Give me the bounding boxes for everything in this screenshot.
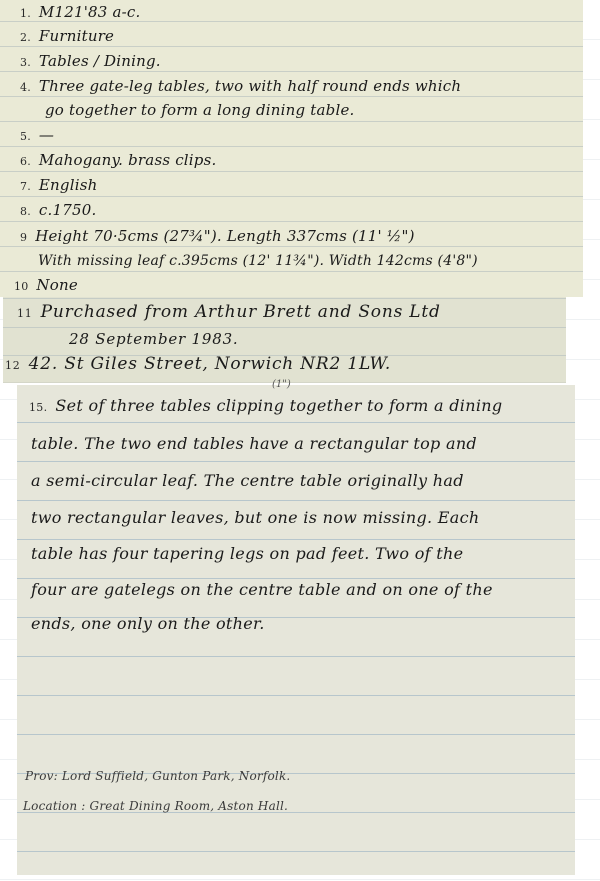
category: Furniture — [39, 27, 114, 45]
provenance-text: Prov: Lord Suffield, Gunton Park, Norfol… — [25, 769, 290, 783]
marks: None — [36, 276, 78, 294]
description-line-4: two rectangular leaves, but one is now m… — [31, 509, 479, 527]
entry-3: 3.Tables / Dining. — [20, 52, 161, 72]
entry-11: 11Purchased from Arthur Brett and Sons L… — [17, 303, 441, 323]
entry-number: 9 — [20, 229, 27, 247]
description-line-1: 15.Set of three tables clipping together… — [29, 397, 502, 417]
description-text: two rectangular leaves, but one is now m… — [31, 508, 479, 527]
entry-number: 10 — [14, 278, 28, 296]
entry-6: 6.Mahogany. brass clips. — [20, 151, 216, 171]
entry-number: 12 — [5, 357, 21, 375]
entry-5: 5.— — [20, 126, 54, 146]
dimensions: Height 70·5cms (27¾"). Length 337cms (11… — [35, 227, 414, 245]
description-text: four are gatelegs on the centre table an… — [31, 580, 493, 599]
hidden-text-fragment: (1") — [272, 379, 291, 390]
description-line-5: table has four tapering legs on pad feet… — [31, 545, 463, 563]
entry-number: 6. — [20, 153, 31, 171]
materials: Mahogany. brass clips. — [39, 151, 217, 169]
entry-number: 3. — [20, 54, 31, 72]
entry-number: 11 — [17, 305, 33, 323]
entry-number: 4. — [20, 79, 31, 97]
entry-7: 7.English — [20, 176, 97, 196]
vendor-address: 42. St Giles Street, Norwich NR2 1LW. — [29, 354, 391, 374]
entry-number: 8. — [20, 203, 31, 221]
description-line-2: table. The two end tables have a rectang… — [31, 435, 477, 453]
entry-1: 1.M121'83 a-c. — [20, 3, 140, 23]
description-text: a semi-circular leaf. The centre table o… — [31, 471, 464, 490]
entry-9: 9Height 70·5cms (27¾"). Length 337cms (1… — [20, 227, 415, 247]
short-description: Three gate-leg tables, two with half rou… — [39, 77, 461, 95]
entry-10: 10None — [14, 276, 78, 296]
short-description-cont: go together to form a long dining table. — [45, 101, 355, 119]
acquisition: Purchased from Arthur Brett and Sons Ltd — [41, 302, 441, 322]
record-strip-middle: 11Purchased from Arthur Brett and Sons L… — [3, 297, 566, 382]
entry-number: 1. — [20, 5, 31, 23]
entry-4: 4.Three gate-leg tables, two with half r… — [20, 77, 461, 97]
description-text: table. The two end tables have a rectang… — [31, 434, 477, 453]
record-sheet-bottom: (1") 15.Set of three tables clipping tog… — [17, 385, 575, 875]
entry-12: 1242. St Giles Street, Norwich NR2 1LW. — [5, 355, 391, 375]
description-line-3: a semi-circular leaf. The centre table o… — [31, 472, 464, 490]
entry-2: 2.Furniture — [20, 27, 114, 47]
description-text: table has four tapering legs on pad feet… — [31, 544, 463, 563]
dimensions-cont: With missing leaf c.395cms (12' 11¾"). W… — [38, 253, 478, 269]
record-sheet-top: 1.M121'83 a-c. 2.Furniture 3.Tables / Di… — [0, 0, 583, 297]
location: Location : Great Dining Room, Aston Hall… — [23, 797, 288, 815]
description-line-7: ends, one only on the other. — [31, 615, 265, 633]
entry-number: 7. — [20, 178, 31, 196]
description-text: ends, one only on the other. — [31, 614, 265, 633]
accession-number: M121'83 a-c. — [39, 3, 141, 21]
provenance: Prov: Lord Suffield, Gunton Park, Norfol… — [25, 767, 290, 785]
entry-number: 2. — [20, 29, 31, 47]
entry-8: 8.c.1750. — [20, 201, 96, 221]
entry-number: 15. — [29, 399, 47, 417]
entry-4-cont: go together to form a long dining table. — [45, 101, 355, 119]
entry-number: 5. — [20, 128, 31, 146]
description-text: Set of three tables clipping together to… — [55, 396, 502, 415]
location-text: Location : Great Dining Room, Aston Hall… — [23, 799, 288, 813]
entry-5-value: — — [39, 126, 54, 144]
origin: English — [39, 176, 98, 194]
date: c.1750. — [39, 201, 97, 219]
object-type: Tables / Dining. — [39, 52, 161, 70]
acquisition-date: 28 September 1983. — [69, 330, 239, 348]
description-line-6: four are gatelegs on the centre table an… — [31, 581, 493, 599]
entry-9-cont: With missing leaf c.395cms (12' 11¾"). W… — [38, 252, 478, 270]
entry-11-cont: 28 September 1983. — [69, 330, 239, 348]
